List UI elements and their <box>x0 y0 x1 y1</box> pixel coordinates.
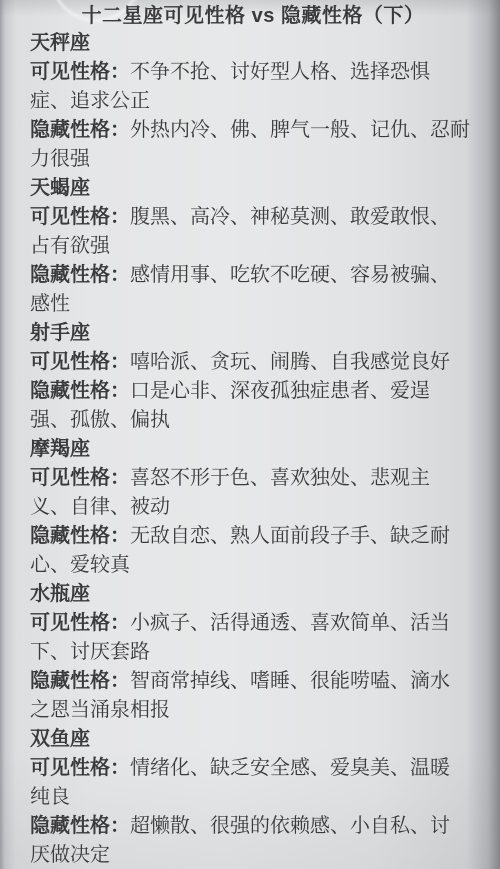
trait-text: 情绪化、缺乏安全感、爱臭美、温暖 <box>130 757 450 779</box>
section-libra: 天秤座 可见性格：不争不抢、讨好型人格、选择恐惧 症、追求公正 隐藏性格：外热内… <box>30 29 476 174</box>
trait-line-continuation: 占有欲强 <box>30 232 476 261</box>
trait-label: 隐藏性格： <box>30 264 130 286</box>
trait-text: 不争不抢、讨好型人格、选择恐惧 <box>130 61 430 83</box>
trait-line-continuation: 力很强 <box>30 145 476 174</box>
section-sagittarius: 射手座 可见性格：嘻哈派、贪玩、闹腾、自我感觉良好 隐藏性格：口是心非、深夜孤独… <box>30 319 476 435</box>
trait-line-continuation: 纯良 <box>30 783 476 812</box>
trait-line-continuation: 症、追求公正 <box>30 87 476 116</box>
trait-line: 可见性格：腹黑、高冷、神秘莫测、敢爱敢恨、 <box>30 203 476 232</box>
sign-heading-libra: 天秤座 <box>30 29 476 58</box>
sign-heading-sagittarius: 射手座 <box>30 319 476 348</box>
trait-line: 可见性格：嘻哈派、贪玩、闹腾、自我感觉良好 <box>30 348 476 377</box>
trait-line-continuation: 之恩当涌泉相报 <box>30 696 476 725</box>
trait-label: 可见性格： <box>30 467 130 489</box>
trait-line: 隐藏性格：外热内冷、佛、脾气一般、记仇、忍耐 <box>30 116 476 145</box>
page-title: 十二星座可见性格 vs 隐藏性格（下） <box>30 3 476 29</box>
sign-heading-capricorn: 摩羯座 <box>30 435 476 464</box>
trait-line-continuation: 厌做决定 <box>30 841 476 869</box>
trait-line: 隐藏性格：感情用事、吃软不吃硬、容易被骗、 <box>30 261 476 290</box>
card-content: 十二星座可见性格 vs 隐藏性格（下） 天秤座 可见性格：不争不抢、讨好型人格、… <box>0 0 500 869</box>
visible-traits-row: 可见性格：小疯子、活得通透、喜欢简单、活当 下、讨厌套路 <box>30 609 476 667</box>
trait-line-continuation: 强、孤傲、偏执 <box>30 406 476 435</box>
trait-line-continuation: 下、讨厌套路 <box>30 638 476 667</box>
hidden-traits-row: 隐藏性格：外热内冷、佛、脾气一般、记仇、忍耐 力很强 <box>30 116 476 174</box>
trait-line: 隐藏性格：智商常掉线、嗜睡、很能唠嗑、滴水 <box>30 667 476 696</box>
trait-line: 隐藏性格：无敌自恋、熟人面前段子手、缺乏耐 <box>30 522 476 551</box>
trait-line: 可见性格：不争不抢、讨好型人格、选择恐惧 <box>30 58 476 87</box>
hidden-traits-row: 隐藏性格：智商常掉线、嗜睡、很能唠嗑、滴水 之恩当涌泉相报 <box>30 667 476 725</box>
trait-label: 可见性格： <box>30 206 130 228</box>
zodiac-personality-card: 十二星座可见性格 vs 隐藏性格（下） 天秤座 可见性格：不争不抢、讨好型人格、… <box>0 0 500 869</box>
trait-line-continuation: 感性 <box>30 290 476 319</box>
hidden-traits-row: 隐藏性格：超懒散、很强的依赖感、小自私、讨 厌做决定 <box>30 812 476 869</box>
section-scorpio: 天蝎座 可见性格：腹黑、高冷、神秘莫测、敢爱敢恨、 占有欲强 隐藏性格：感情用事… <box>30 174 476 319</box>
trait-label: 隐藏性格： <box>30 670 130 692</box>
trait-line-continuation: 心、爱较真 <box>30 551 476 580</box>
trait-text: 超懒散、很强的依赖感、小自私、讨 <box>130 815 450 837</box>
sign-heading-scorpio: 天蝎座 <box>30 174 476 203</box>
visible-traits-row: 可见性格：喜怒不形于色、喜欢独处、悲观主 义、自律、被动 <box>30 464 476 522</box>
trait-line: 可见性格：小疯子、活得通透、喜欢简单、活当 <box>30 609 476 638</box>
trait-text: 智商常掉线、嗜睡、很能唠嗑、滴水 <box>130 670 450 692</box>
trait-label: 可见性格： <box>30 612 130 634</box>
section-capricorn: 摩羯座 可见性格：喜怒不形于色、喜欢独处、悲观主 义、自律、被动 隐藏性格：无敌… <box>30 435 476 580</box>
hidden-traits-row: 隐藏性格：无敌自恋、熟人面前段子手、缺乏耐 心、爱较真 <box>30 522 476 580</box>
visible-traits-row: 可见性格：腹黑、高冷、神秘莫测、敢爱敢恨、 占有欲强 <box>30 203 476 261</box>
sign-heading-pisces: 双鱼座 <box>30 725 476 754</box>
trait-label: 可见性格： <box>30 61 130 83</box>
hidden-traits-row: 隐藏性格：口是心非、深夜孤独症患者、爱逞 强、孤傲、偏执 <box>30 377 476 435</box>
hidden-traits-row: 隐藏性格：感情用事、吃软不吃硬、容易被骗、 感性 <box>30 261 476 319</box>
section-aquarius: 水瓶座 可见性格：小疯子、活得通透、喜欢简单、活当 下、讨厌套路 隐藏性格：智商… <box>30 580 476 725</box>
trait-text: 嘻哈派、贪玩、闹腾、自我感觉良好 <box>130 351 450 373</box>
trait-label: 可见性格： <box>30 757 130 779</box>
trait-label: 隐藏性格： <box>30 815 130 837</box>
trait-text: 腹黑、高冷、神秘莫测、敢爱敢恨、 <box>130 206 450 228</box>
visible-traits-row: 可见性格：嘻哈派、贪玩、闹腾、自我感觉良好 <box>30 348 476 377</box>
trait-text: 口是心非、深夜孤独症患者、爱逞 <box>130 380 430 402</box>
section-pisces: 双鱼座 可见性格：情绪化、缺乏安全感、爱臭美、温暖 纯良 隐藏性格：超懒散、很强… <box>30 725 476 869</box>
trait-text: 感情用事、吃软不吃硬、容易被骗、 <box>130 264 450 286</box>
trait-label: 隐藏性格： <box>30 525 130 547</box>
trait-label: 隐藏性格： <box>30 380 130 402</box>
trait-label: 隐藏性格： <box>30 119 130 141</box>
sign-heading-aquarius: 水瓶座 <box>30 580 476 609</box>
trait-line: 可见性格：情绪化、缺乏安全感、爱臭美、温暖 <box>30 754 476 783</box>
trait-text: 无敌自恋、熟人面前段子手、缺乏耐 <box>130 525 450 547</box>
trait-line-continuation: 义、自律、被动 <box>30 493 476 522</box>
trait-text: 喜怒不形于色、喜欢独处、悲观主 <box>130 467 430 489</box>
visible-traits-row: 可见性格：不争不抢、讨好型人格、选择恐惧 症、追求公正 <box>30 58 476 116</box>
trait-line: 隐藏性格：口是心非、深夜孤独症患者、爱逞 <box>30 377 476 406</box>
visible-traits-row: 可见性格：情绪化、缺乏安全感、爱臭美、温暖 纯良 <box>30 754 476 812</box>
trait-text: 外热内冷、佛、脾气一般、记仇、忍耐 <box>130 119 470 141</box>
trait-line: 隐藏性格：超懒散、很强的依赖感、小自私、讨 <box>30 812 476 841</box>
trait-text: 小疯子、活得通透、喜欢简单、活当 <box>130 612 450 634</box>
trait-line: 可见性格：喜怒不形于色、喜欢独处、悲观主 <box>30 464 476 493</box>
trait-label: 可见性格： <box>30 351 130 373</box>
